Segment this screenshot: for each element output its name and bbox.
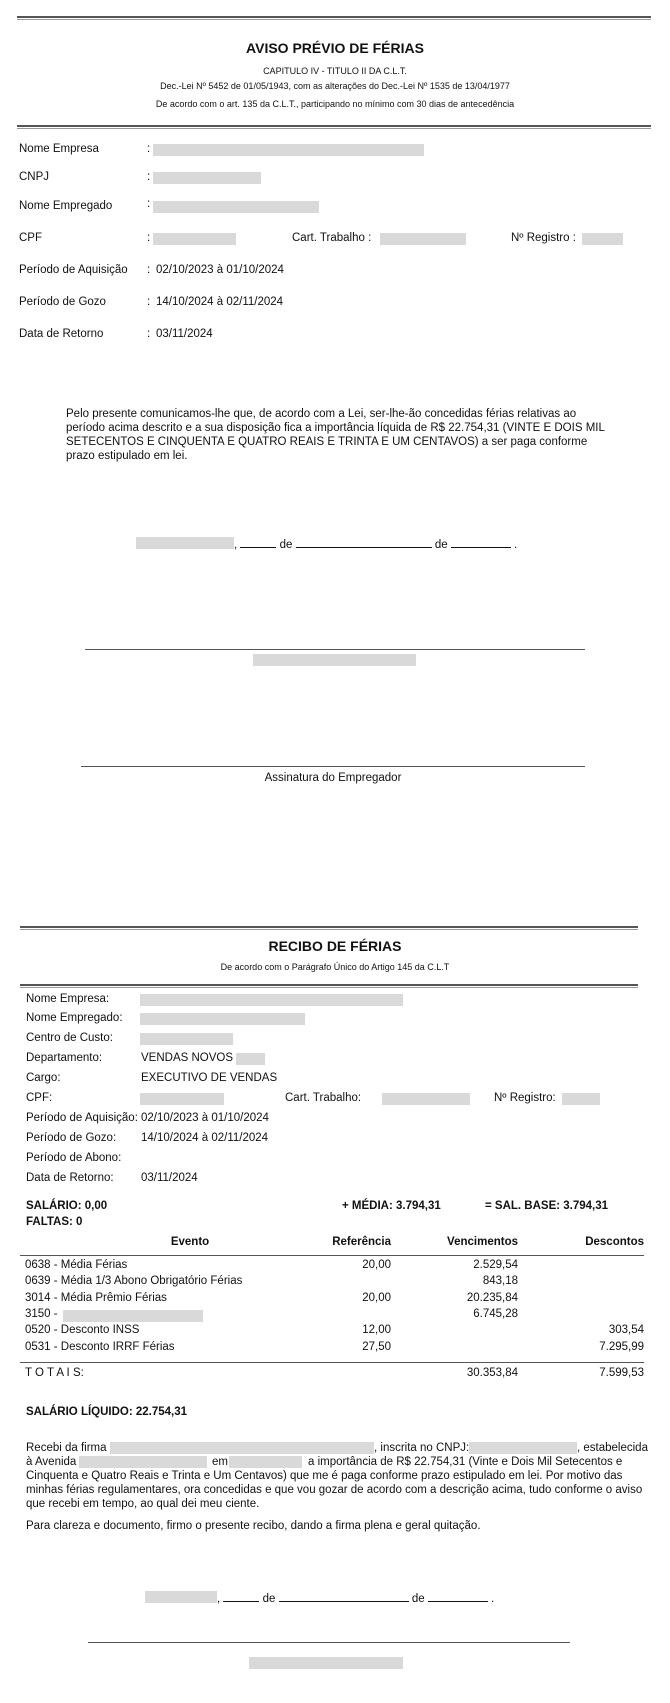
de-text: de [435,539,448,551]
employer-signature-line [81,766,585,767]
departamento-value: VENDAS NOVOS [141,1052,233,1064]
receipt-part: , inscrita no CNPJ: [374,1441,469,1455]
separator: : [147,264,150,276]
receipt-line: que recebi em tempo, ao qual dei meu cie… [26,1497,646,1511]
year-blank [428,1591,488,1602]
recibo-date-line: , de de . [145,1590,494,1605]
r-nome-empresa-label: Nome Empresa: [26,993,109,1005]
registro-label: Nº Registro : [511,232,576,244]
redacted-cnpj-receipt [469,1442,577,1454]
table-row: 0638 - Média Férias20,002.529,54 [20,1259,644,1275]
r-periodo-gozo-label: Período de Gozo: [26,1132,116,1144]
separator: : [147,328,150,340]
receipt-part: em [212,1455,228,1469]
r-data-retorno-label: Data de Retorno: [26,1172,114,1184]
redacted-event-name [63,1310,203,1322]
recibo-rule-top [20,926,638,930]
cargo-label: Cargo: [26,1072,61,1084]
de-text: de [280,539,293,551]
redacted-employee-name [253,654,416,666]
redacted-nome-empresa [153,144,424,156]
separator: : [147,171,150,183]
period: . [491,1593,494,1605]
employer-signature-label: Assinatura do Empregador [81,772,585,784]
receipt-part: à Avenida [26,1456,76,1468]
day-blank [240,537,276,548]
r-cart-trabalho-label: Cart. Trabalho: [285,1092,361,1104]
recibo-rule-bottom [20,984,638,988]
receipt-closing: Para clareza e documento, firmo o presen… [26,1519,646,1533]
aviso-subtitle-2: Dec.-Lei Nº 5452 de 01/05/1943, com as a… [0,81,670,91]
table-row: 0520 - Desconto INSS12,00303,54 [20,1324,644,1340]
cell-descontos: 7.295,99 [599,1341,644,1353]
receipt-text: Recebi da firma , inscrita no CNPJ: , es… [26,1441,646,1533]
cell-evento: 0638 - Média Férias [25,1259,127,1271]
header-evento: Evento [150,1236,230,1248]
table-row: 3150 -6.745,28 [20,1308,644,1324]
recibo-title: RECIBO DE FÉRIAS [0,938,670,954]
cell-vencimentos: 20.235,84 [467,1292,518,1304]
header-rule-top [17,16,651,20]
day-blank [223,1591,259,1602]
cell-referencia: 20,00 [362,1259,391,1271]
redacted-r-registro [562,1093,600,1105]
employee-signature-line [85,649,585,650]
redacted-registro [582,233,623,245]
totals-label: T O T A I S: [25,1367,84,1379]
aviso-body-text: Pelo presente comunicamos-lhe que, de ac… [66,407,606,463]
header-descontos: Descontos [585,1236,644,1248]
cell-evento: 0639 - Média 1/3 Abono Obrigatório Féria… [25,1275,242,1287]
month-blank [296,537,432,548]
recibo-subtitle: De acordo com o Parágrafo Único do Artig… [0,962,670,972]
r-data-retorno-value: 03/11/2024 [141,1172,198,1184]
totals-row: T O T A I S: 30.353,84 7.599,53 [20,1367,644,1383]
cell-descontos: 303,54 [609,1324,644,1336]
totals-rule [20,1362,644,1363]
departamento-label: Departamento: [26,1052,102,1064]
faltas-summary: FALTAS: 0 [26,1216,82,1228]
receipt-line: Cinquenta e Quatro Reais e Trinta e Um C… [26,1469,646,1483]
table-row: 0531 - Desconto IRRF Férias27,507.295,99 [20,1341,644,1357]
aviso-date-line: , de de . [136,536,517,551]
cell-vencimentos: 843,18 [483,1275,518,1287]
aviso-subtitle-3: De acordo com o art. 135 da C.L.T., part… [0,99,670,109]
redacted-cpf [153,233,236,245]
de-text: de [263,1593,276,1605]
cell-evento: 3150 - [25,1308,58,1320]
cell-vencimentos: 2.529,54 [473,1259,518,1271]
aviso-title: AVISO PRÉVIO DE FÉRIAS [0,40,670,56]
r-periodo-aquisicao-value: 02/10/2023 à 01/10/2024 [141,1112,269,1124]
periodo-gozo-label: Período de Gozo [19,296,106,308]
redacted-city-receipt [229,1456,302,1468]
salario-summary: SALÁRIO: 0,00 [26,1200,107,1212]
cell-evento: 3014 - Média Prêmio Férias [25,1292,167,1304]
totals-vencimentos: 30.353,84 [467,1367,518,1379]
separator: : [147,232,150,244]
year-blank [451,537,511,548]
redacted-r-cart-trabalho [382,1093,470,1105]
periodo-abono-label: Período de Abono: [26,1152,121,1164]
r-registro-label: Nº Registro: [494,1092,556,1104]
redacted-cart-trabalho [380,233,466,245]
redacted-r-nome-empresa [140,994,403,1006]
redacted-centro-custo [140,1033,233,1045]
redacted-cnpj [153,172,261,184]
totals-descontos: 7.599,53 [599,1367,644,1379]
redacted-r-nome-empregado [140,1013,305,1025]
redacted-avenida [79,1456,207,1468]
redacted-city [136,537,234,549]
cell-evento: 0520 - Desconto INSS [25,1324,139,1336]
cell-evento: 0531 - Desconto IRRF Férias [25,1341,175,1353]
receipt-part: Recebi da firma [26,1442,107,1454]
table-row: 3014 - Média Prêmio Férias20,0020.235,84 [20,1292,644,1308]
separator: : [147,143,150,155]
aviso-subtitle-1: CAPITULO IV - TITULO II DA C.L.T. [0,66,670,76]
media-summary: + MÉDIA: 3.794,31 [342,1200,441,1212]
header-vencimentos: Vencimentos [447,1236,518,1248]
data-retorno-label: Data de Retorno [19,328,103,340]
cart-trabalho-label: Cart. Trabalho : [292,232,371,244]
events-table-header: Evento Referência Vencimentos Descontos [20,1236,644,1252]
periodo-aquisicao-value: 02/10/2023 à 01/10/2024 [156,264,284,276]
nome-empregado-label: Nome Empregado [19,200,112,212]
redacted-recibo-employee-name [249,1657,403,1669]
comma: , [217,1593,220,1605]
de-text: de [412,1593,425,1605]
redacted-city [145,1591,217,1603]
cell-referencia: 27,50 [362,1341,391,1353]
cpf-label: CPF [19,232,42,244]
periodo-gozo-value: 14/10/2024 à 02/11/2024 [156,296,283,308]
r-periodo-aquisicao-label: Período de Aquisição: [26,1112,138,1124]
month-blank [279,1591,409,1602]
period: . [514,539,517,551]
salario-liquido: SALÁRIO LÍQUIDO: 22.754,31 [26,1406,187,1418]
r-nome-empregado-label: Nome Empregado: [26,1012,123,1024]
receipt-part: , estabelecida [577,1441,648,1455]
separator: : [147,296,150,308]
receipt-line: minhas férias regulamentares, ora conced… [26,1483,646,1497]
table-header-rule [20,1255,644,1256]
redacted-r-cpf [140,1093,224,1105]
cell-referencia: 20,00 [362,1292,391,1304]
periodo-aquisicao-label: Período de Aquisição [19,264,128,276]
cargo-value: EXECUTIVO DE VENDAS [141,1072,277,1084]
table-row: 0639 - Média 1/3 Abono Obrigatório Féria… [20,1275,644,1291]
separator: : [147,198,150,210]
nome-empresa-label: Nome Empresa [19,143,99,155]
recibo-signature-line [88,1642,570,1643]
header-referencia: Referência [332,1236,391,1248]
redacted-departamento-suffix [236,1053,265,1065]
r-cpf-label: CPF: [26,1092,52,1104]
r-periodo-gozo-value: 14/10/2024 à 02/11/2024 [141,1132,268,1144]
header-rule-bottom [17,125,651,129]
cnpj-label: CNPJ [19,171,49,183]
cell-referencia: 12,00 [362,1324,391,1336]
cell-vencimentos: 6.745,28 [473,1308,518,1320]
centro-custo-label: Centro de Custo: [26,1032,113,1044]
receipt-part: a importância de R$ 22.754,31 (Vinte e D… [308,1455,622,1469]
redacted-nome-empregado [153,201,319,213]
comma: , [234,539,237,551]
sal-base-summary: = SAL. BASE: 3.794,31 [485,1200,608,1212]
data-retorno-value: 03/11/2024 [156,328,213,340]
redacted-firma [110,1442,374,1454]
